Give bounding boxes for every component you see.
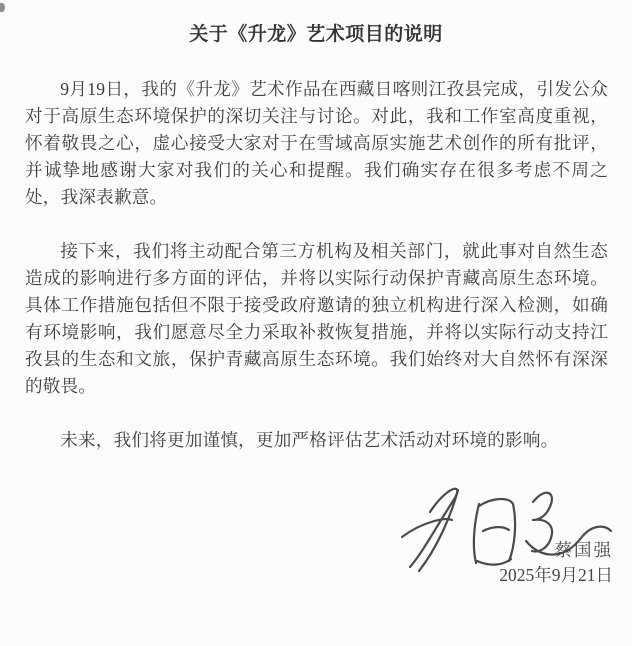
- document-body: 9月19日，我的《升龙》艺术作品在西藏日喀则江孜县完成，引发公众对于高原生态环境…: [0, 76, 632, 454]
- paragraph-future: 未来，我们将更加谨慎，更加严格评估艺术活动对环境的影响。: [25, 427, 608, 454]
- handwritten-signature: [392, 474, 616, 580]
- signature-date: 2025年9月21日: [475, 562, 613, 587]
- photo-smudge: [0, 3, 5, 12]
- document-title: 关于《升龙》艺术项目的说明: [0, 19, 632, 46]
- statement-document: 关于《升龙》艺术项目的说明 9月19日，我的《升龙》艺术作品在西藏日喀则江孜县完…: [0, 0, 632, 646]
- paragraph-apology: 9月19日，我的《升龙》艺术作品在西藏日喀则江孜县完成，引发公众对于高原生态环境…: [25, 76, 608, 211]
- paragraph-remediation: 接下来，我们将主动配合第三方机构及相关部门，就此事对自然生态造成的影响进行多方面…: [25, 238, 608, 400]
- printed-name: 蔡国强: [545, 537, 613, 562]
